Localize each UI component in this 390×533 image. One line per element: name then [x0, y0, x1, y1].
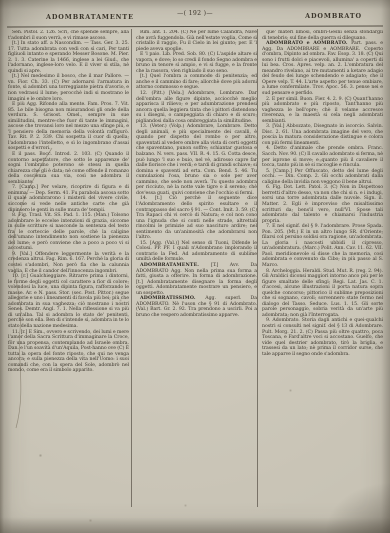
entry-paragraph: que' materi limosi, ombri-Gesni senza sf… — [262, 30, 383, 41]
entry-paragraph: 2. E per simil. Buon. Fier. 4. 2. 9. (C)… — [262, 97, 383, 125]
entry-paragraph: 7. E nel signif. del § 9. l'adombrare. P… — [262, 224, 383, 268]
entry-paragraph: 8. Archeloggia. Heraldi. Stud. Mut. R. (… — [262, 269, 383, 319]
entry-paragraph: [t.] Nel medesimo il bosco, che il mar P… — [8, 74, 129, 102]
running-head: ADOMBRATAMENTE —( 192 )— ADOMBRATO — [8, 9, 382, 25]
entry-paragraph: E più Agg. Rifondo alla mente. Fam. Pros… — [8, 102, 129, 152]
column-divider-left — [131, 29, 132, 507]
entry-paragraph: E il pass. Bocc. Introd. 2. 103. (C) Qua… — [8, 152, 129, 185]
text-column-right: que' materi limosi, ombri-Gesni senza sf… — [262, 30, 383, 507]
running-head-right: ADOMBRATO — [305, 12, 362, 20]
entry-headword: ADOMBRATISSIMO. — [140, 296, 205, 301]
entry-paragraph: 10. [r.] Gualchieggiare. Ritrarre prima … — [8, 274, 129, 329]
column-divider-right — [257, 29, 258, 507]
entry-paragraph: 14. [t.] Ciò perchè il seguente dice l'A… — [136, 196, 257, 240]
entry-paragraph: 12. (Pitt.) [Vela.] Adombrare, Lombrare.… — [136, 91, 257, 124]
scanned-dictionary-page: ADOMBRATAMENTE —( 192 )— ADOMBRATO Sen. … — [0, 0, 390, 533]
entry-paragraph: 4. Detto d'animale che prende ombra. Fra… — [262, 146, 383, 168]
entry-paragraph: Rim. ant. 1. 204. (C) Nè per lume Caland… — [136, 30, 257, 52]
text-columns: Sen. Pistol. 2. 126. Scri, che splende s… — [8, 30, 383, 507]
entry-paragraph: Sen. Pistol. 2. 126. Scri, che splende s… — [8, 30, 129, 41]
entry-paragraph: ADOMBRATAMENTE. [T.] Avv. Da ADOMBRATO A… — [136, 263, 257, 296]
entry-paragraph: 15. [Agg. (Val.)] Nel senso di Tuoni, Di… — [136, 241, 257, 263]
entry-paragraph: 9. Adombrato. Storia dagli antichi e que… — [262, 318, 383, 357]
entry-paragraph: ADOMBRATISSIMO. Agg. superl. Da ADOMBRAT… — [136, 296, 257, 318]
entry-paragraph: 8. Fig. Trasl. Vit. SS. Pad. 1. 115. (Ma… — [8, 213, 129, 252]
entry-paragraph: 6. Fig. Dot. Lett. Patol. 3. (C) Non in … — [262, 185, 383, 224]
entry-paragraph: 7. [Camp.] Per velare, ricoprire di figu… — [8, 185, 129, 213]
entry-headword: ADOMBRATO e AOMBRATO. — [266, 41, 351, 46]
text-column-middle: Rim. ant. 1. 204. (C) Nè per lume Caland… — [136, 30, 257, 507]
entry-headword: ADOMBRATAMENTE. — [140, 263, 211, 268]
entry-paragraph: 13. (Veter.) (Volp.) Adombrare, Lombrare… — [136, 124, 257, 196]
entry-paragraph: 9. [Val.] Offendere leggermente la verit… — [8, 252, 129, 274]
entry-paragraph: 5. [Camp.] Per Offuscato, detto del lume… — [262, 169, 383, 186]
entry-paragraph: 11. [r.] E Sim., ovvero e scrivendo, dei… — [8, 330, 129, 374]
scan-speckles — [0, 0, 1, 1]
header-rule — [7, 26, 383, 28]
entry-paragraph: [t.] Quel l'ombra a commodo di penitenzi… — [136, 74, 257, 91]
entry-paragraph: E 'l paio. Lib. Pred. Sob. 80. (C) L'asp… — [136, 52, 257, 74]
entry-paragraph: [t.] In stato aff. a Nascondim. — Tass. … — [8, 41, 129, 74]
text-column-left: Sen. Pistol. 2. 126. Scri, che splende s… — [8, 30, 129, 507]
entry-paragraph: 3. [Val.] Abbozzato, Disegnato in iscorc… — [262, 124, 383, 146]
entry-paragraph: ADOMBRATO e AOMBRATO. Part. pass. e Agg.… — [262, 41, 383, 96]
